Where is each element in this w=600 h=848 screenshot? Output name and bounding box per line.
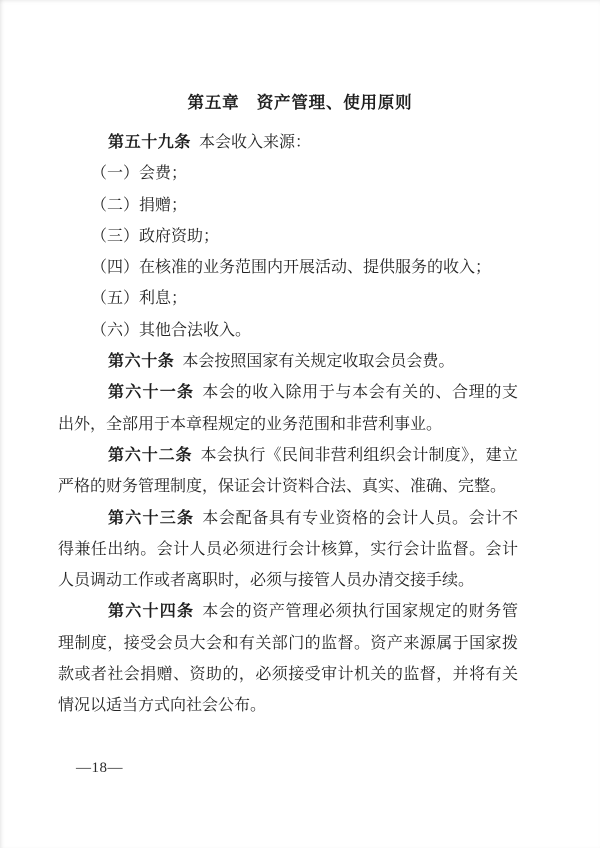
article-61-paragraph: 第六十一条本会的收入除用于与本会有关的、合理的支出外，全部用于本章程规定的业务范… — [58, 377, 518, 440]
chapter-heading: 第五章 资产管理、使用原则 — [0, 92, 600, 113]
article-60-paragraph: 第六十条本会按照国家有关规定收取会员会费。 — [58, 346, 518, 377]
income-source-item-1: （一）会费； — [58, 158, 518, 189]
article-63-paragraph: 第六十三条本会配备具有专业资格的会计人员。会计不得兼任出纳。会计人员必须进行会计… — [58, 503, 518, 597]
income-source-item-2: （二）捐赠； — [58, 190, 518, 221]
income-source-item-3-text: （三）政府资助； — [91, 228, 219, 245]
article-64-number: 第六十四条 — [108, 603, 194, 620]
article-64-paragraph: 第六十四条本会的资产管理必须执行国家规定的财务管理制度，接受会员大会和有关部门的… — [58, 596, 518, 721]
income-source-item-2-text: （二）捐赠； — [91, 197, 187, 214]
page-number: —18— — [76, 760, 123, 777]
article-61-number: 第六十一条 — [108, 384, 194, 401]
article-60-number: 第六十条 — [108, 353, 174, 370]
article-60-text: 本会按照国家有关规定收取会员会费。 — [182, 353, 454, 370]
article-59-paragraph: 第五十九条本会收入来源： — [58, 127, 518, 158]
income-source-item-4: （四）在核准的业务范围内开展活动、提供服务的收入； — [58, 252, 518, 283]
document-page: 第五章 资产管理、使用原则 第五十九条本会收入来源： （一）会费； （二）捐赠；… — [0, 0, 600, 848]
article-59-number: 第五十九条 — [108, 134, 191, 151]
income-source-item-1-text: （一）会费； — [91, 165, 187, 182]
income-source-item-5: （五）利息； — [58, 283, 518, 314]
article-59-text: 本会收入来源： — [199, 134, 311, 151]
article-62-paragraph: 第六十二条本会执行《民间非营利组织会计制度》，建立严格的财务管理制度，保证会计资… — [58, 440, 518, 503]
income-source-item-4-text: （四）在核准的业务范围内开展活动、提供服务的收入； — [91, 259, 491, 276]
article-64-text: 本会的资产管理必须执行国家规定的财务管理制度，接受会员大会和有关部门的监督。资产… — [58, 603, 518, 714]
article-62-number: 第六十二条 — [108, 447, 192, 464]
document-body: 第五十九条本会收入来源： （一）会费； （二）捐赠； （三）政府资助； （四）在… — [58, 127, 518, 722]
income-source-item-3: （三）政府资助； — [58, 221, 518, 252]
income-source-item-6-text: （六）其他合法收入。 — [91, 322, 251, 339]
article-63-number: 第六十三条 — [108, 510, 194, 527]
income-source-item-6: （六）其他合法收入。 — [58, 315, 518, 346]
income-source-item-5-text: （五）利息； — [91, 290, 187, 307]
